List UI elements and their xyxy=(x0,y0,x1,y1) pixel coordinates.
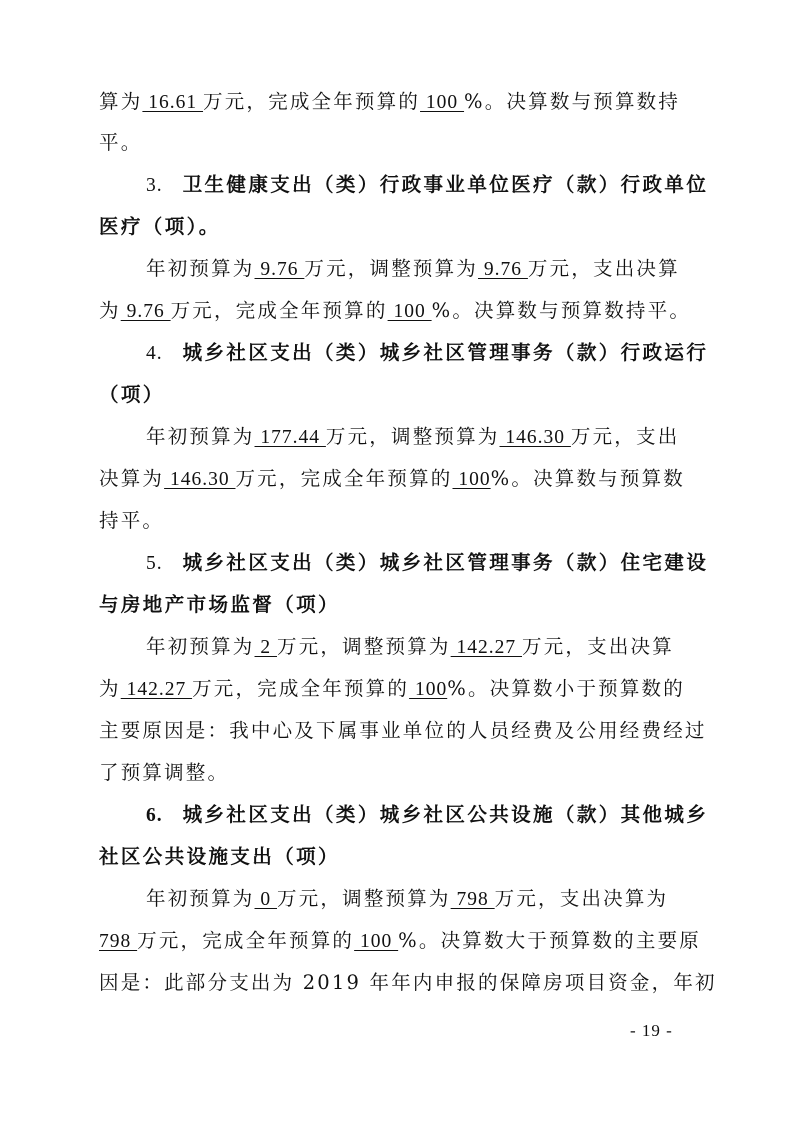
section-heading-5-cont: 与房地产市场监督（项） xyxy=(99,593,699,617)
paragraph-line: 持平。 xyxy=(99,509,699,533)
section-heading-3-cont: 医疗（项）。 xyxy=(99,215,699,239)
paragraph-line: 798 万元，完成全年预算的 100 %。决算数大于预算数的主要原 xyxy=(99,929,699,954)
paragraph-line: 平。 xyxy=(99,131,699,155)
paragraph-line: 主要原因是：我中心及下属事业单位的人员经费及公用经费经过 xyxy=(99,719,699,743)
paragraph-line: 因是：此部分支出为 2019 年年内申报的保障房项目资金，年初 xyxy=(99,971,699,995)
page-number: - 19 - xyxy=(630,1021,673,1041)
paragraph-line: 为 142.27 万元，完成全年预算的 100%。决算数小于预算数的 xyxy=(99,677,699,702)
paragraph-line: 了预算调整。 xyxy=(99,761,699,785)
section-heading-4: 4.城乡社区支出（类）城乡社区管理事务（款）行政运行 xyxy=(146,341,746,366)
section-heading-4-cont: （项） xyxy=(99,383,699,407)
paragraph-line: 决算为 146.30 万元，完成全年预算的 100%。决算数与预算数 xyxy=(99,467,699,492)
paragraph-line: 算为 16.61 万元，完成全年预算的 100 %。决算数与预算数持 xyxy=(99,90,699,115)
section-heading-5: 5.城乡社区支出（类）城乡社区管理事务（款）住宅建设 xyxy=(146,551,746,576)
paragraph-line: 年初预算为 9.76 万元，调整预算为 9.76 万元，支出决算 xyxy=(146,257,746,282)
completion-rate: 100 xyxy=(420,92,464,113)
document-page: 算为 16.61 万元，完成全年预算的 100 %。决算数与预算数持 平。 3.… xyxy=(0,0,793,1122)
paragraph-line: 年初预算为 177.44 万元，调整预算为 146.30 万元，支出 xyxy=(146,425,746,450)
section-heading-3: 3.卫生健康支出（类）行政事业单位医疗（款）行政单位 xyxy=(146,173,746,198)
final-value: 16.61 xyxy=(142,92,203,113)
paragraph-line: 年初预算为 0 万元，调整预算为 798 万元，支出决算为 xyxy=(146,887,746,912)
section-heading-6: 6.城乡社区支出（类）城乡社区公共设施（款）其他城乡 xyxy=(146,803,746,828)
paragraph-line: 为 9.76 万元，完成全年预算的 100 %。决算数与预算数持平。 xyxy=(99,299,699,324)
section-heading-6-cont: 社区公共设施支出（项） xyxy=(99,845,699,869)
paragraph-line: 年初预算为 2 万元，调整预算为 142.27 万元，支出决算 xyxy=(146,635,746,660)
